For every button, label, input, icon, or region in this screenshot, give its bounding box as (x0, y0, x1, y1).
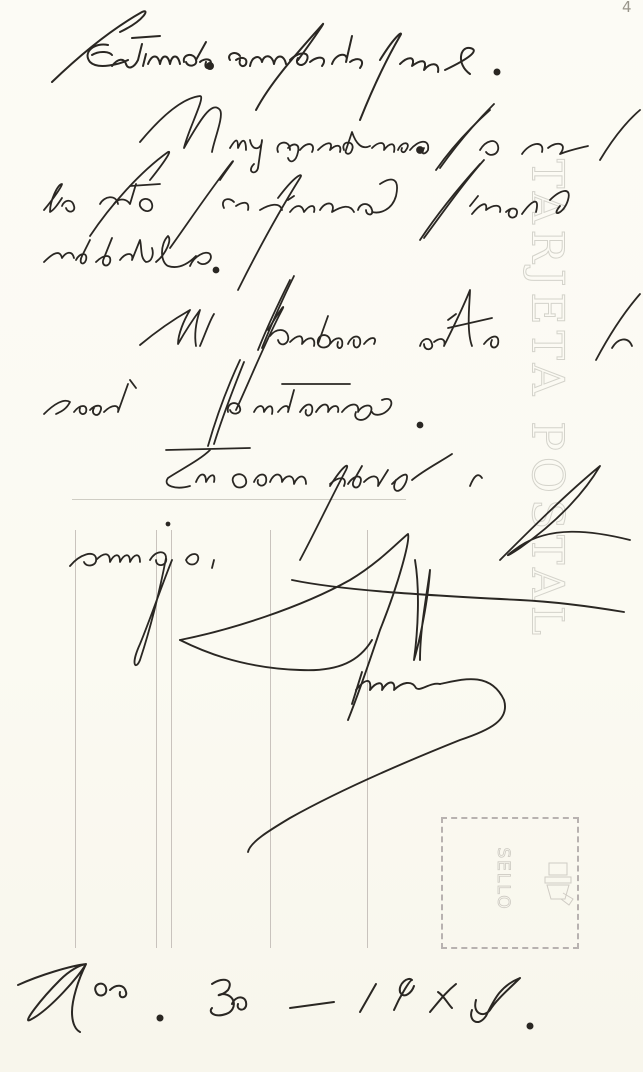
handwriting (0, 0, 643, 1072)
hw-line-4 (140, 290, 640, 410)
hw-closing-2 (70, 523, 214, 666)
hw-line-1 (140, 96, 640, 172)
hw-line-2 (44, 152, 569, 290)
postcard: 4 TARJETA POSTAL SELLO (0, 0, 643, 1072)
hw-salutation (52, 11, 500, 120)
hw-line-5 (44, 360, 423, 446)
hw-signature (180, 534, 624, 852)
hw-date (18, 964, 533, 1032)
